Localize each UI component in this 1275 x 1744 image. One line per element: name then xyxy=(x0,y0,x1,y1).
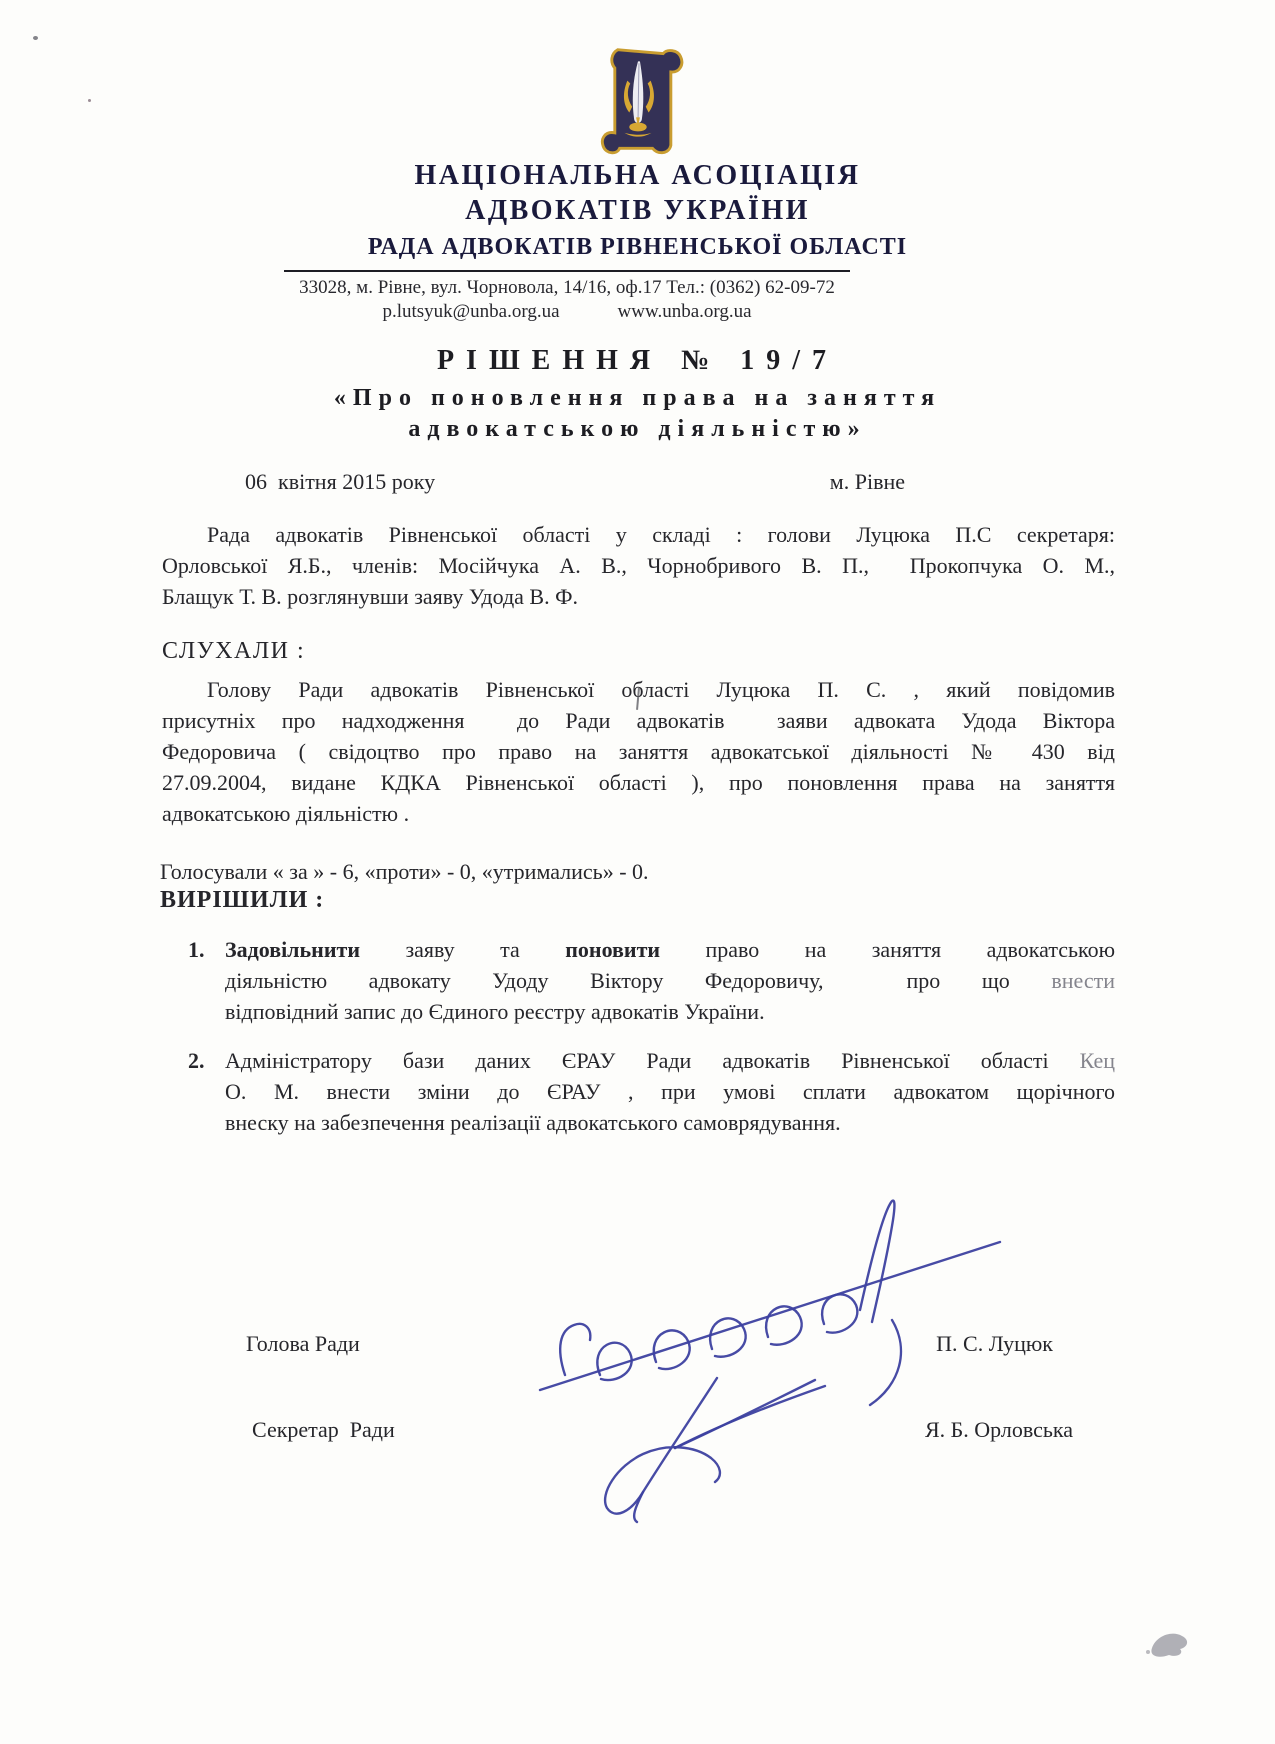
chairman-signature-row: Голова Ради П. С. Луцюк xyxy=(246,1331,1053,1357)
intro-paragraph: Рада адвокатів Рівненської області у скл… xyxy=(0,519,1275,612)
scan-speck xyxy=(33,36,38,40)
decision-date: 06 квітня 2015 року xyxy=(245,469,435,495)
address-line: 33028, м. Рівне, вул. Чорновола, 14/16, … xyxy=(284,277,850,299)
scan-smudge-mark xyxy=(1140,1628,1194,1660)
resolved-section-heading: ВИРІШИЛИ : xyxy=(160,887,1275,914)
resolution-line: діяльністю адвокату Удоду Віктору Федоро… xyxy=(225,965,1115,996)
resolution-line: О. М. внести зміни до ЄРАУ , при умові с… xyxy=(225,1076,1115,1107)
intro-line: Орловської Я.Б., членів: Мосійчука А. В.… xyxy=(162,550,1115,581)
chairman-ink-signature xyxy=(480,1190,1020,1410)
resolution-item-2: 2. Адміністратору бази даних ЄРАУ Ради а… xyxy=(188,1045,1115,1138)
resolution-item-1: 1. Задовільнити заяву та поновити право … xyxy=(188,934,1115,1027)
resolution-number: 2. xyxy=(188,1045,205,1076)
signature-role: Секретар Ради xyxy=(252,1417,395,1443)
intro-line: Рада адвокатів Рівненської області у скл… xyxy=(162,519,1115,550)
secretary-signature-row: Секретар Ради Я. Б. Орловська xyxy=(252,1417,1073,1443)
scan-speck xyxy=(88,99,91,102)
heard-section-heading: СЛУХАЛИ : xyxy=(162,638,1275,665)
resolution-line: Задовільнити заяву та поновити право на … xyxy=(225,934,1115,965)
decision-place: м. Рівне xyxy=(830,469,905,495)
text-segment: Адміністратору бази даних ЄРАУ Ради адво… xyxy=(225,1048,1080,1073)
contact-divider xyxy=(284,270,850,272)
decision-title: РІШЕННЯ № 19/7 xyxy=(0,345,1275,377)
resolution-number: 1. xyxy=(188,934,205,965)
signature-name: Я. Б. Орловська xyxy=(925,1417,1073,1443)
secretary-ink-signature xyxy=(545,1360,845,1530)
faded-word: Кец xyxy=(1080,1048,1115,1073)
resolution-line: внеску на забезпечення реалізації адвока… xyxy=(225,1107,1115,1138)
text-segment: діяльністю адвокату Удоду Віктору Федоро… xyxy=(225,968,1051,993)
text-segment: право на заняття адвокатською xyxy=(660,937,1115,962)
date-place-row: 06 квітня 2015 року м. Рівне xyxy=(245,469,905,495)
org-name-line-2: АДВОКАТІВ УКРАЇНИ xyxy=(0,195,1275,227)
decision-subtitle-line-2: адвокатською діяльністю» xyxy=(0,416,1275,443)
signature-name: П. С. Луцюк xyxy=(936,1331,1053,1357)
heard-line: 27.09.2004, видане КДКА Рівненської обла… xyxy=(162,767,1115,798)
org-name-line-3: РАДА АДВОКАТІВ РІВНЕНСЬКОЇ ОБЛАСТІ xyxy=(0,234,1275,261)
resolution-line: відповідний запис до Єдиного реєстру адв… xyxy=(225,996,1115,1027)
contact-block: 33028, м. Рівне, вул. Чорновола, 14/16, … xyxy=(284,270,850,323)
signature-role: Голова Ради xyxy=(246,1331,360,1357)
heard-line: Федоровича ( свідоцтво про право на заня… xyxy=(162,736,1115,767)
decision-subtitle-line-1: «Про поновлення права на заняття xyxy=(0,385,1275,412)
intro-line: Блащук Т. В. розглянувши заяву Удода В. … xyxy=(162,581,1115,612)
org-name-line-1: НАЦІОНАЛЬНА АСОЦІАЦІЯ xyxy=(0,160,1275,192)
unba-scroll-quill-emblem-icon xyxy=(591,42,685,156)
faded-word: внести xyxy=(1051,968,1115,993)
email-address: p.lutsyuk@unba.org.ua xyxy=(382,301,559,323)
bold-word: поновити xyxy=(565,937,660,962)
bold-word: Задовільнити xyxy=(225,937,360,962)
document-page: НАЦІОНАЛЬНА АСОЦІАЦІЯ АДВОКАТІВ УКРАЇНИ … xyxy=(0,0,1275,1744)
text-segment: заяву та xyxy=(360,937,565,962)
resolution-line: Адміністратору бази даних ЄРАУ Ради адво… xyxy=(225,1045,1115,1076)
website-url: www.unba.org.ua xyxy=(618,301,752,323)
heard-line: адвокатською діяльністю . xyxy=(162,798,1115,829)
voting-results-line: Голосували « за » - 6, «проти» - 0, «утр… xyxy=(160,859,1275,885)
